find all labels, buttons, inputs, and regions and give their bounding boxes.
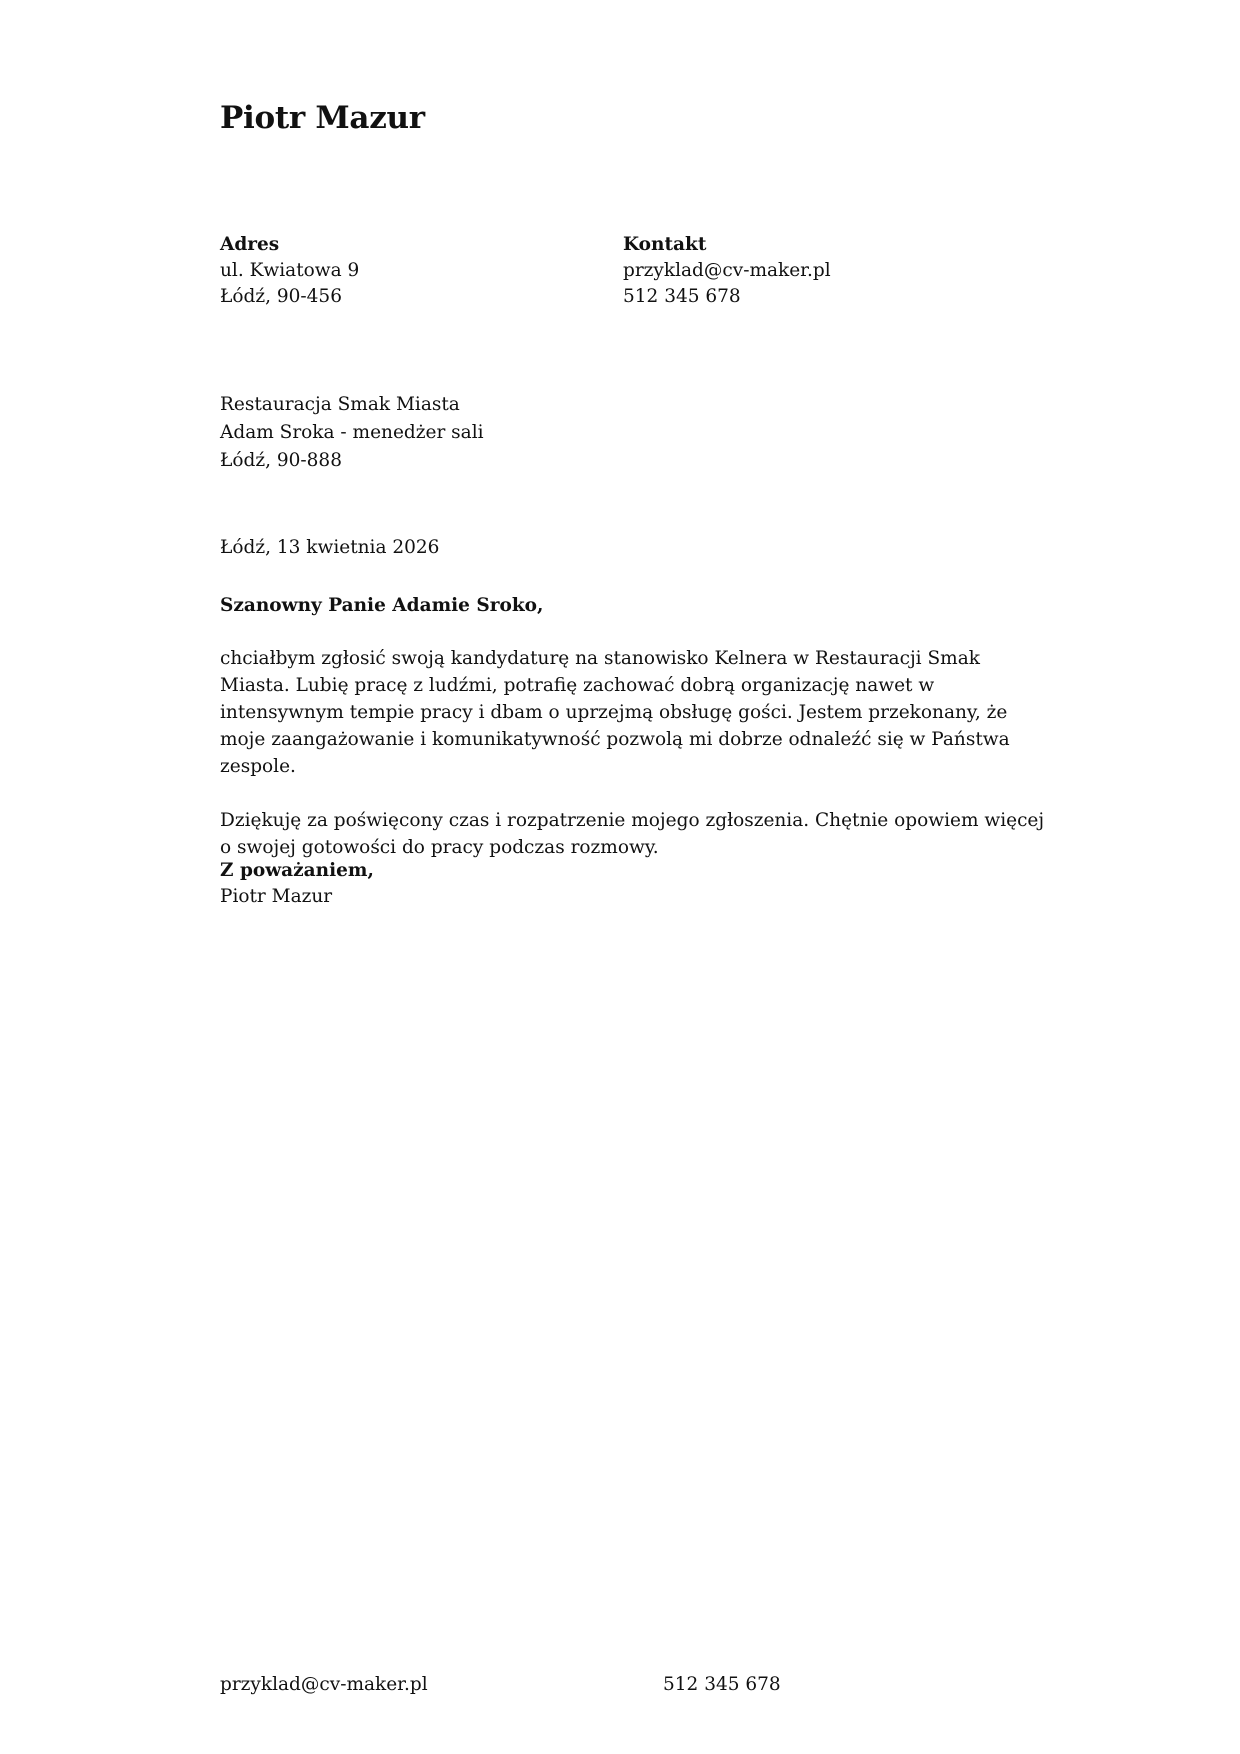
applicant-name: Piotr Mazur (220, 100, 425, 136)
salutation: Szanowny Panie Adamie Sroko, (220, 593, 543, 619)
footer-email: przyklad@cv-maker.pl (220, 1674, 428, 1695)
recipient-company: Restauracja Smak Miasta (220, 391, 484, 419)
contact-block: Kontakt przyklad@cv-maker.pl 512 345 678 (623, 232, 831, 310)
address-label: Adres (220, 232, 359, 258)
footer-phone: 512 345 678 (663, 1674, 781, 1695)
closing-phrase: Z poważaniem, (220, 858, 374, 884)
body-paragraph: Dziękuję za poświęcony czas i rozpatrzen… (220, 807, 1050, 861)
contact-label: Kontakt (623, 232, 831, 258)
address-block: Adres ul. Kwiatowa 9 Łódź, 90-456 (220, 232, 359, 310)
signature: Piotr Mazur (220, 884, 374, 910)
letter-body: chciałbym zgłosić swoją kandydaturę na s… (220, 645, 1050, 888)
recipient-city: Łódź, 90-888 (220, 447, 484, 475)
contact-phone: 512 345 678 (623, 284, 831, 310)
closing-block: Z poważaniem, Piotr Mazur (220, 858, 374, 910)
recipient-block: Restauracja Smak Miasta Adam Sroka - men… (220, 391, 484, 475)
address-street: ul. Kwiatowa 9 (220, 258, 359, 284)
contact-email: przyklad@cv-maker.pl (623, 258, 831, 284)
letter-date: Łódź, 13 kwietnia 2026 (220, 535, 439, 561)
body-paragraph: chciałbym zgłosić swoją kandydaturę na s… (220, 645, 1050, 780)
address-city: Łódź, 90-456 (220, 284, 359, 310)
recipient-person: Adam Sroka - menedżer sali (220, 419, 484, 447)
